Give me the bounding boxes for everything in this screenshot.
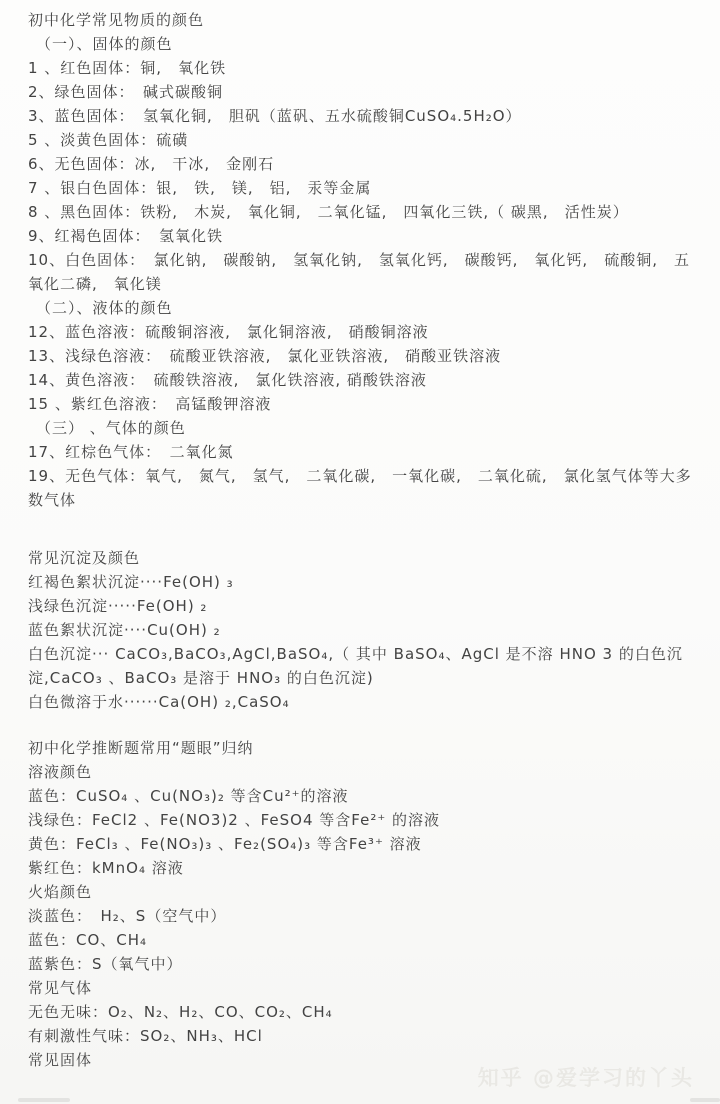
note-line-item: 3、蓝色固体： 氢氧化铜, 胆矾（蓝矾、五水硫酸铜CuSO₄.5H₂O） xyxy=(28,104,700,128)
note-line-item: 9、红褐色固体： 氢氧化铁 xyxy=(28,224,700,248)
note-line-item: 蓝色：CuSO₄ 、Cu(NO₃)₂ 等含Cu²⁺的溶液 xyxy=(28,784,700,808)
note-line-heading: （三） 、气体的颜色 xyxy=(28,416,700,440)
note-line-item: 1 、红色固体：铜, 氧化铁 xyxy=(28,56,700,80)
note-line-item: 蓝紫色：S（氧气中） xyxy=(28,952,700,976)
substance-colors: 初中化学常见物质的颜色（一）、固体的颜色1 、红色固体：铜, 氧化铁2、绿色固体… xyxy=(28,8,700,512)
note-line-item: 黄色：FeCl₃ 、Fe(NO₃)₃ 、Fe₂(SO₄)₃ 等含Fe³⁺ 溶液 xyxy=(28,832,700,856)
note-line-item: 19、无色气体：氧气, 氮气, 氢气, 二氧化碳, 一氧化碳, 二氧化硫, 氯化… xyxy=(28,464,700,512)
cropped-text-artifact-left xyxy=(18,1098,70,1102)
note-line-section-heading: 初中化学推断题常用“题眼”归纳 xyxy=(28,736,700,760)
note-line-item: 红褐色絮状沉淀····Fe(OH) ₃ xyxy=(28,570,700,594)
note-line-item: 淡蓝色： H₂、S（空气中） xyxy=(28,904,700,928)
note-line-item: 7 、银白色固体：银, 铁, 镁, 铝, 汞等金属 xyxy=(28,176,700,200)
note-line-item: 5 、淡黄色固体：硫磺 xyxy=(28,128,700,152)
note-line-item: 白色沉淀··· CaCO₃,BaCO₃,AgCl,BaSO₄,（ 其中 BaSO… xyxy=(28,642,700,690)
note-line-heading: （二）、液体的颜色 xyxy=(28,296,700,320)
note-line-section-heading: 常见沉淀及颜色 xyxy=(28,546,700,570)
note-line-subheading: 火焰颜色 xyxy=(28,880,700,904)
note-line-item: 10、白色固体： 氯化钠, 碳酸钠, 氢氧化钠, 氢氧化钙, 碳酸钙, 氧化钙,… xyxy=(28,248,700,296)
note-line-item: 8 、黑色固体：铁粉, 木炭, 氧化铜, 二氧化锰, 四氧化三铁,（ 碳黑, 活… xyxy=(28,200,700,224)
zhihu-watermark: 知乎 @爱学习的丫头 xyxy=(478,1062,694,1092)
note-line-item: 15 、紫红色溶液： 高锰酸钾溶液 xyxy=(28,392,700,416)
precipitates: 常见沉淀及颜色红褐色絮状沉淀····Fe(OH) ₃浅绿色沉淀·····Fe(O… xyxy=(28,546,700,714)
note-line-item: 紫红色：kMnO₄ 溶液 xyxy=(28,856,700,880)
note-line-heading: （一）、固体的颜色 xyxy=(28,32,700,56)
note-line-item: 蓝色：CO、CH₄ xyxy=(28,928,700,952)
note-line-item: 6、无色固体：冰, 干冰, 金刚石 xyxy=(28,152,700,176)
note-line-item: 浅绿色：FeCl2 、Fe(NO3)2 、FeSO4 等含Fe²⁺ 的溶液 xyxy=(28,808,700,832)
note-line-item: 17、红棕色气体： 二氧化氮 xyxy=(28,440,700,464)
inference-keys: 初中化学推断题常用“题眼”归纳溶液颜色蓝色：CuSO₄ 、Cu(NO₃)₂ 等含… xyxy=(28,736,700,1072)
note-line-subheading: 常见气体 xyxy=(28,976,700,1000)
note-line-title: 初中化学常见物质的颜色 xyxy=(28,8,700,32)
note-line-item: 无色无味：O₂、N₂、H₂、CO、CO₂、CH₄ xyxy=(28,1000,700,1024)
notes-photo: 初中化学常见物质的颜色（一）、固体的颜色1 、红色固体：铜, 氧化铁2、绿色固体… xyxy=(0,0,720,1104)
note-line-item: 14、黄色溶液： 硫酸铁溶液, 氯化铁溶液, 硝酸铁溶液 xyxy=(28,368,700,392)
cropped-text-artifact-right xyxy=(690,1098,720,1102)
notes-body: 初中化学常见物质的颜色（一）、固体的颜色1 、红色固体：铜, 氧化铁2、绿色固体… xyxy=(0,0,720,1072)
note-line-item: 13、浅绿色溶液： 硫酸亚铁溶液, 氯化亚铁溶液, 硝酸亚铁溶液 xyxy=(28,344,700,368)
note-line-item: 12、蓝色溶液：硫酸铜溶液, 氯化铜溶液, 硝酸铜溶液 xyxy=(28,320,700,344)
note-line-subheading: 溶液颜色 xyxy=(28,760,700,784)
note-line-item: 有刺激性气味：SO₂、NH₃、HCl xyxy=(28,1024,700,1048)
note-line-item: 浅绿色沉淀·····Fe(OH) ₂ xyxy=(28,594,700,618)
note-line-item: 白色微溶于水······Ca(OH) ₂,CaSO₄ xyxy=(28,690,700,714)
note-line-item: 2、绿色固体： 碱式碳酸铜 xyxy=(28,80,700,104)
note-line-item: 蓝色絮状沉淀····Cu(OH) ₂ xyxy=(28,618,700,642)
